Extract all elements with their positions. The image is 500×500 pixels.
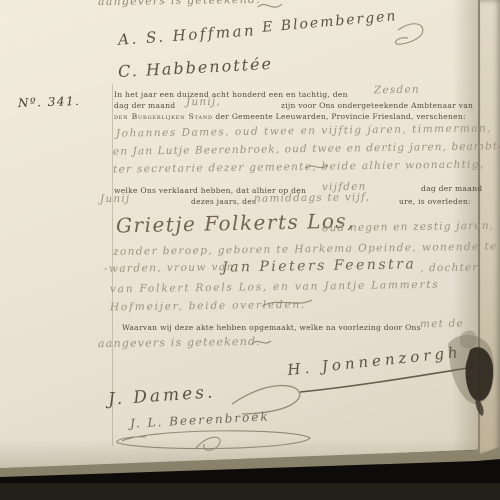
handwritten-deceased-name: Grietje Folkerts Los, [116, 208, 355, 237]
printed-line-official: zijn voor Ons ondergeteekende Ambtenaar … [281, 101, 473, 110]
handwritten-closing-line: aangevers is geteekend. [98, 335, 261, 350]
handwritten-death-time: namiddags te vijf, [254, 191, 370, 205]
handwritten-death-month: Junij [100, 193, 131, 205]
page-shadow-right [452, 0, 478, 468]
printed-civil-registry-label: den Burgerlijken Stand [114, 112, 213, 121]
scanned-register-page: aangevers is geteekend. A. S. Hoffman E … [0, 0, 500, 500]
handwritten-deceased-age: oud negen en zestig jaren, [322, 220, 494, 234]
handwritten-closing-insert: met de [420, 318, 464, 331]
act-number: Nº. 341. [18, 94, 81, 110]
printed-line-municipality: den Burgerlijken Stand der Gemeente Leeu… [114, 112, 466, 121]
printed-day-of-month-label: dag der maand [421, 184, 482, 193]
printed-line-month-label: dag der maand [114, 101, 175, 110]
printed-closing-line: Waarvan wij deze akte hebben opgemaakt, … [122, 323, 421, 332]
printed-deceased-label: ure, is overleden: [399, 197, 471, 206]
handwritten-day: Zesden [374, 84, 420, 97]
handwritten-month: Junij, [186, 96, 221, 108]
printed-municipality-text: der Gemeente Leeuwarden, Provincie Fries… [213, 112, 466, 121]
photo-backing [0, 483, 500, 500]
handwritten-spouse-name: Jan Pieters Feenstra [222, 256, 416, 275]
printed-this-year-label: dezes jaars, des [191, 197, 256, 206]
printed-line-year: In het jaar een duizend acht honderd een… [114, 90, 348, 99]
handwritten-deceased-line3a: -warden, vrouw van [104, 261, 235, 275]
handwritten-deceased-line3b: , dochter [420, 262, 479, 275]
